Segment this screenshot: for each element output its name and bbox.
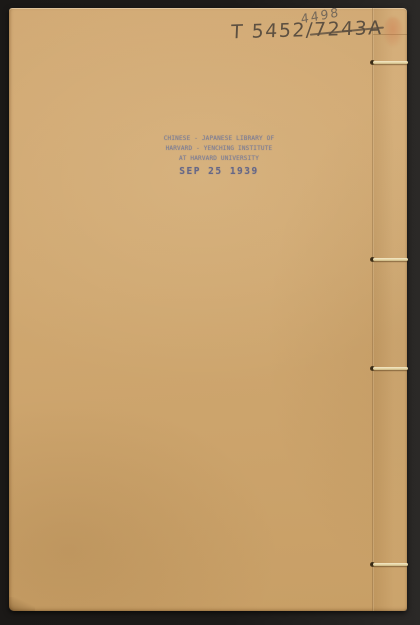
stamp-line-3: AT HARVARD UNIVERSITY — [161, 154, 277, 164]
stitch-thread — [373, 258, 408, 261]
binding-stitch — [370, 257, 408, 262]
stitch-thread — [373, 61, 408, 64]
binding-fold-line — [372, 8, 374, 611]
book-cover: 4498 T 5452/7243A CHINESE - JAPANESE LIB… — [9, 8, 407, 611]
stamp-line-2: HARVARD - YENCHING INSTITUTE — [161, 144, 277, 154]
call-number-prefix: T 5452/ — [231, 19, 315, 43]
binding-stitch — [370, 60, 408, 65]
binding-stitch — [370, 562, 408, 567]
date-stamp: SEP 25 1939 — [161, 166, 277, 177]
stitch-thread — [373, 563, 408, 566]
red-ink-smudge — [383, 17, 403, 47]
stamp-line-1: CHINESE - JAPANESE LIBRARY OF — [161, 134, 277, 144]
scan-background: 4498 T 5452/7243A CHINESE - JAPANESE LIB… — [0, 0, 420, 625]
struck-call-number: 7243A — [313, 17, 383, 41]
call-number: T 5452/7243A — [231, 17, 384, 43]
binding-stitch — [370, 366, 408, 371]
call-number-inscription: 4498 T 5452/7243A — [228, 8, 399, 53]
binding-spine-strip — [374, 8, 407, 611]
stitch-thread — [373, 367, 408, 370]
library-stamp: CHINESE - JAPANESE LIBRARY OF HARVARD - … — [161, 134, 277, 177]
corner-fold-shadow — [9, 597, 35, 611]
